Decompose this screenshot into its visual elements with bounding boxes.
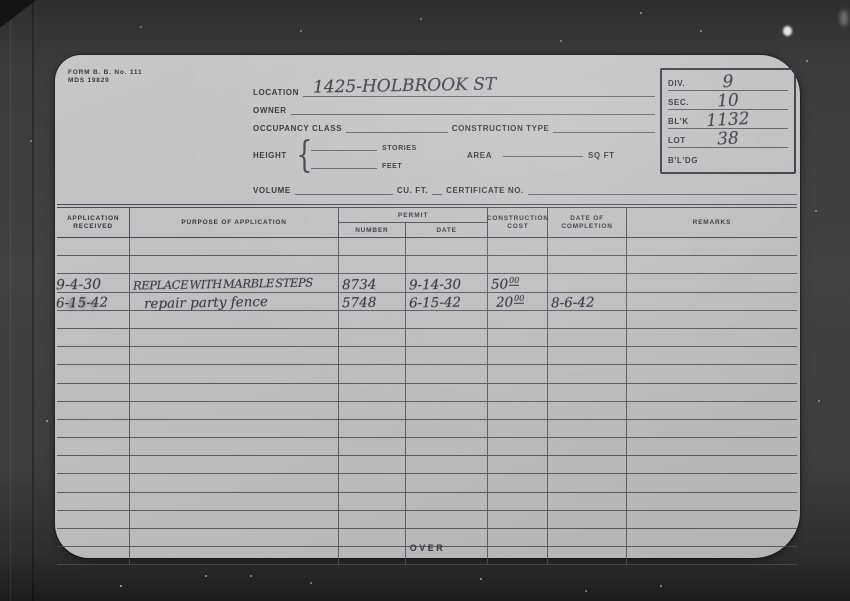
location-field: LOCATION 1425-HOLBROOK ST xyxy=(253,73,655,97)
blk-label: BL'K xyxy=(668,117,689,126)
entry1-permit-date: 9-14-30 xyxy=(409,276,461,293)
table-row xyxy=(57,493,797,511)
parcel-row-bldg: B'L'DG xyxy=(668,148,788,167)
table-row xyxy=(57,329,797,347)
table-row xyxy=(57,511,797,529)
entry2-permit-number: 5748 xyxy=(342,294,377,311)
film-corner-notch xyxy=(0,0,36,28)
entry2-purpose: repair party fence xyxy=(144,294,268,312)
location-line: 1425-HOLBROOK ST xyxy=(303,73,655,97)
header-remarks: REMARKS xyxy=(627,208,797,237)
certificate-label: CERTIFICATE NO. xyxy=(446,186,524,195)
table-row xyxy=(57,365,797,383)
parcel-row-div: DIV. 9 xyxy=(668,72,788,91)
spacer-line xyxy=(432,183,442,195)
feet-line xyxy=(311,157,377,169)
entry1-permit-number: 8734 xyxy=(342,276,377,293)
volume-label: VOLUME xyxy=(253,186,291,195)
entry1-received: 9-4-30 xyxy=(56,276,101,293)
owner-label: OWNER xyxy=(253,106,287,115)
over-label: OVER xyxy=(55,543,800,553)
header-permit-group: PERMIT NUMBER DATE xyxy=(339,208,488,237)
construction-type-line xyxy=(553,121,655,133)
table-row-entry-2: 6-15-42 repair party fence 5748 6-15-42 … xyxy=(57,293,797,311)
owner-field: OWNER xyxy=(253,103,655,115)
volume-line xyxy=(295,183,393,195)
entry1-cost: 5000 xyxy=(491,276,520,293)
occupancy-row: OCCUPANCY CLASS CONSTRUCTION TYPE xyxy=(253,121,655,133)
microfilm-scan: FORM B. B. No. 111 MDS 19829 LOCATION 14… xyxy=(0,0,850,601)
parcel-row-lot: LOT 38 xyxy=(668,129,788,148)
permit-record-card: FORM B. B. No. 111 MDS 19829 LOCATION 14… xyxy=(55,55,800,558)
header-permit: PERMIT xyxy=(339,208,487,223)
stories-label: STORIES xyxy=(382,145,417,152)
table-row xyxy=(57,438,797,456)
table-row xyxy=(57,256,797,274)
location-value: 1425-HOLBROOK ST xyxy=(313,74,497,97)
div-label: DIV. xyxy=(668,79,685,88)
table-header: APPLICATION RECEIVED PURPOSE OF APPLICAT… xyxy=(57,208,797,238)
table-row xyxy=(57,347,797,365)
header-date-of-completion: DATE OF COMPLETION xyxy=(548,208,626,237)
header-number: NUMBER xyxy=(339,223,406,237)
owner-line xyxy=(291,103,655,115)
film-dust-specks xyxy=(0,0,2,2)
lot-label: LOT xyxy=(668,136,686,145)
stories-line xyxy=(311,139,377,151)
sec-value: 10 xyxy=(717,90,740,111)
height-label: HEIGHT xyxy=(253,151,287,160)
lot-value: 38 xyxy=(717,128,740,149)
film-dust-blob xyxy=(840,10,848,26)
entry2-cost: 2000 xyxy=(496,294,525,311)
table-row xyxy=(57,384,797,402)
header-purpose: PURPOSE OF APPLICATION xyxy=(130,208,339,237)
permit-subheaders: NUMBER DATE xyxy=(339,223,487,237)
header-construction-cost: CONSTRUCTION COST xyxy=(488,208,548,237)
entry1-purpose: REPLACE WITH MARBLE STEPS xyxy=(133,275,313,292)
table-row xyxy=(57,420,797,438)
area-line xyxy=(503,145,583,157)
sec-label: SEC. xyxy=(668,98,689,107)
film-scratch-line xyxy=(32,0,34,601)
film-dust-blob xyxy=(783,26,792,36)
construction-type-label: CONSTRUCTION TYPE xyxy=(452,124,550,133)
film-scratch-line xyxy=(10,0,11,601)
feet-label: FEET xyxy=(382,163,402,170)
parcel-box: DIV. 9 SEC. 10 BL'K 1132 LOT 38 B'L'DG xyxy=(660,68,796,174)
parcel-row-sec: SEC. 10 xyxy=(668,91,788,110)
ink-smudge xyxy=(61,292,101,314)
form-number-line2: MDS 19829 xyxy=(68,77,142,85)
bldg-label: B'L'DG xyxy=(668,156,698,165)
form-number-line1: FORM B. B. No. 111 xyxy=(68,69,142,77)
form-number: FORM B. B. No. 111 MDS 19829 xyxy=(68,69,142,85)
table-row xyxy=(57,474,797,492)
occupancy-class-label: OCCUPANCY CLASS xyxy=(253,124,342,133)
occupancy-line xyxy=(346,121,448,133)
certificate-line xyxy=(528,183,797,195)
table-row xyxy=(57,402,797,420)
area-label: AREA xyxy=(467,151,492,160)
parcel-row-blk: BL'K 1132 xyxy=(668,110,788,129)
entry2-completion: 8-6-42 xyxy=(551,294,595,311)
header-date: DATE xyxy=(406,223,488,237)
sqft-label: SQ FT xyxy=(588,151,615,160)
table-row xyxy=(57,238,797,256)
permit-table: APPLICATION RECEIVED PURPOSE OF APPLICAT… xyxy=(57,207,797,565)
div-value: 9 xyxy=(722,72,734,93)
entry2-permit-date: 6-15-42 xyxy=(409,294,461,311)
table-row-entry-1: 9-4-30 REPLACE WITH MARBLE STEPS 8734 9-… xyxy=(57,274,797,292)
cuft-label: CU. FT. xyxy=(397,186,428,195)
location-label: LOCATION xyxy=(253,88,299,97)
table-row xyxy=(57,456,797,474)
blk-value: 1132 xyxy=(706,109,750,131)
header-application-received: APPLICATION RECEIVED xyxy=(57,208,130,237)
table-row xyxy=(57,311,797,329)
volume-row: VOLUME CU. FT. CERTIFICATE NO. xyxy=(253,183,797,195)
